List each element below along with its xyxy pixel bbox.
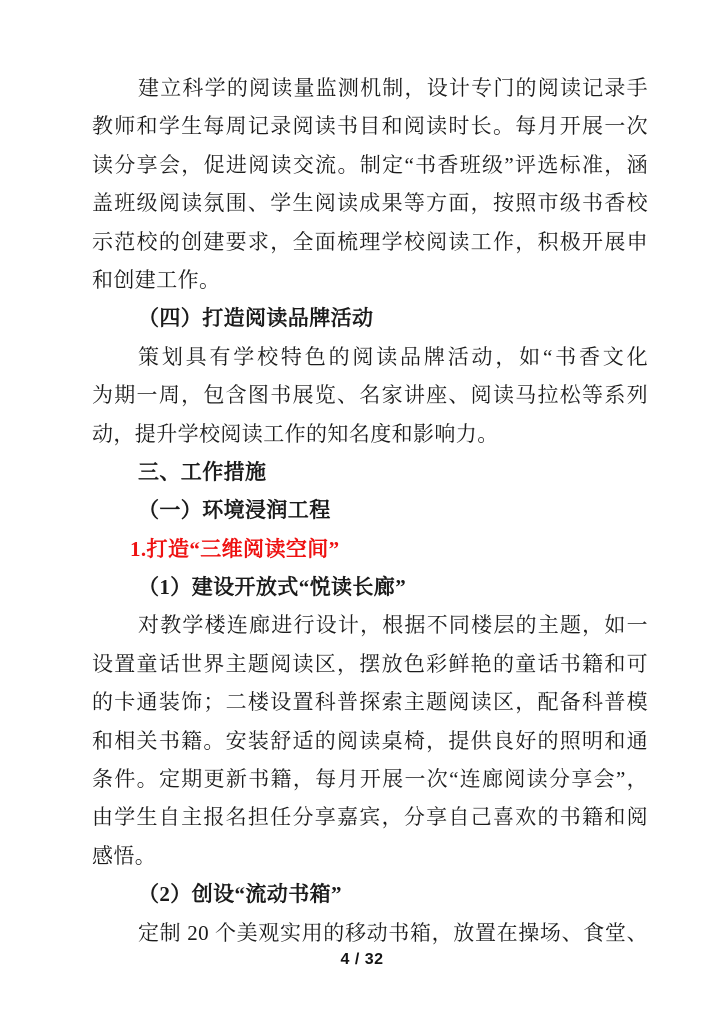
doc-line: 教师和学生每周记录阅读书目和阅读时长。每月开展一次阅 (92, 107, 648, 145)
doc-line: 由学生自主报名担任分享嘉宾，分享自己喜欢的书籍和阅读 (92, 798, 648, 836)
doc-line: 的卡通装饰；二楼设置科普探索主题阅读区，配备科普模型 (92, 683, 648, 721)
doc-line: 定制 20 个美观实用的移动书箱，放置在操场、食堂、花 (92, 914, 648, 952)
heading-item-2: （2）创设“流动书箱” (92, 875, 648, 913)
doc-line: 和创建工作。 (92, 261, 648, 299)
doc-line: 动，提升学校阅读工作的知名度和影响力。 (92, 415, 648, 453)
heading-item-1: （1）建设开放式“悦读长廊” (92, 568, 648, 606)
doc-line: 示范校的创建要求，全面梳理学校阅读工作，积极开展申报 (92, 223, 648, 261)
heading-section-4: （四）打造阅读品牌活动 (92, 299, 648, 337)
doc-line: 条件。定期更新书籍，每月开展一次“连廊阅读分享会”， (92, 760, 648, 798)
doc-line: 和相关书籍。安装舒适的阅读桌椅，提供良好的照明和通风 (92, 722, 648, 760)
doc-line: 为期一周，包含图书展览、名家讲座、阅读马拉松等系列活 (92, 376, 648, 414)
doc-line: 感悟。 (92, 837, 648, 875)
heading-chapter-3: 三、工作措施 (92, 453, 648, 491)
doc-line: 建立科学的阅读量监测机制，设计专门的阅读记录手册， (92, 69, 648, 107)
document-page: 建立科学的阅读量监测机制，设计专门的阅读记录手册， 教师和学生每周记录阅读书目和… (0, 0, 724, 1024)
doc-line: 设置童话世界主题阅读区，摆放色彩鲜艳的童话书籍和可爱 (92, 645, 648, 683)
page-number: 4 / 32 (0, 951, 724, 969)
doc-line: 策划具有学校特色的阅读品牌活动，如“书香文化节”， (92, 338, 648, 376)
heading-point-1-red: 1.打造“三维阅读空间” (92, 530, 648, 568)
doc-line: 对教学楼连廊进行设计，根据不同楼层的主题，如一楼 (92, 606, 648, 644)
doc-line: 盖班级阅读氛围、学生阅读成果等方面，按照市级书香校园 (92, 184, 648, 222)
doc-line: 读分享会，促进阅读交流。制定“书香班级”评选标准，涵 (92, 146, 648, 184)
text-block: 建立科学的阅读量监测机制，设计专门的阅读记录手册， 教师和学生每周记录阅读书目和… (92, 69, 648, 952)
heading-subsection-1: （一）环境浸润工程 (92, 491, 648, 529)
